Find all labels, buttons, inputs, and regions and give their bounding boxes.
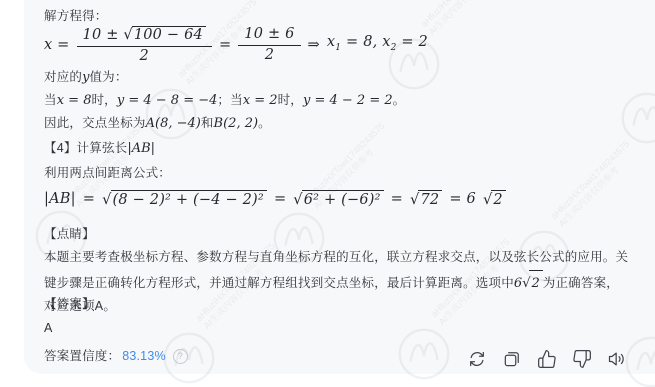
speaker-icon[interactable] <box>607 349 627 369</box>
solve-equation-label: 解方程得： <box>44 8 655 25</box>
y-values-line: 当x = 8时，y = 4 − 8 = −4；当x = 2时，y = 4 − 2… <box>44 92 655 109</box>
copy-icon[interactable] <box>502 349 522 369</box>
implies-arrow: ⇒ <box>308 37 320 54</box>
roots-result: x1 = 8, x2 = 2 <box>327 34 428 57</box>
quadratic-solution-formula: x = 10 ± √100 − 64 2 = 10 ± 6 2 ⇒ x1 = 8… <box>44 26 655 65</box>
key-insight-header: 【点睛】 <box>44 226 655 243</box>
fraction-1: 10 ± √100 − 64 2 <box>77 26 212 65</box>
sqrt-expression-2: √6² + (−6)² <box>293 190 383 209</box>
sqrt-discriminant: √100 − 64 <box>123 26 206 44</box>
answer-letter: A <box>44 320 655 337</box>
y-values-label: 对应的y值为： <box>44 69 655 86</box>
thumbs-up-icon[interactable] <box>537 349 557 369</box>
sqrt-72: √72 <box>410 190 442 209</box>
sqrt-2: √2 <box>483 190 506 209</box>
sqrt-2-inline: √2 <box>522 270 543 296</box>
message-action-bar <box>467 349 627 369</box>
sqrt-expression-1: √(8 − 2)² + (−4 − 2)² <box>102 190 267 209</box>
step4-header: 【4】计算弦长|AB| <box>44 140 655 157</box>
intersection-points-line: 因此，交点坐标为A(8, −4)和B(2, 2)。 <box>44 115 655 132</box>
confidence-label: 答案置信度： <box>44 348 120 365</box>
fraction-2: 10 ± 6 2 <box>238 27 300 64</box>
chat-answer-screen: aHfuzIHXTowi1748243575AI生成内容仅供参考 aHfuzIH… <box>0 0 655 387</box>
formula-lhs: x = <box>44 37 70 54</box>
chord-length-formula: |AB| = √(8 − 2)² + (−4 − 2)² = √6² + (−6… <box>44 190 655 209</box>
thumbs-down-icon[interactable] <box>572 349 592 369</box>
confidence-value: 83.13% <box>122 348 166 365</box>
help-icon[interactable]: ? <box>173 349 188 364</box>
answer-header: 【答案】 <box>44 296 655 313</box>
distance-formula-label: 利用两点间距离公式： <box>44 165 655 182</box>
refresh-icon[interactable] <box>467 349 487 369</box>
